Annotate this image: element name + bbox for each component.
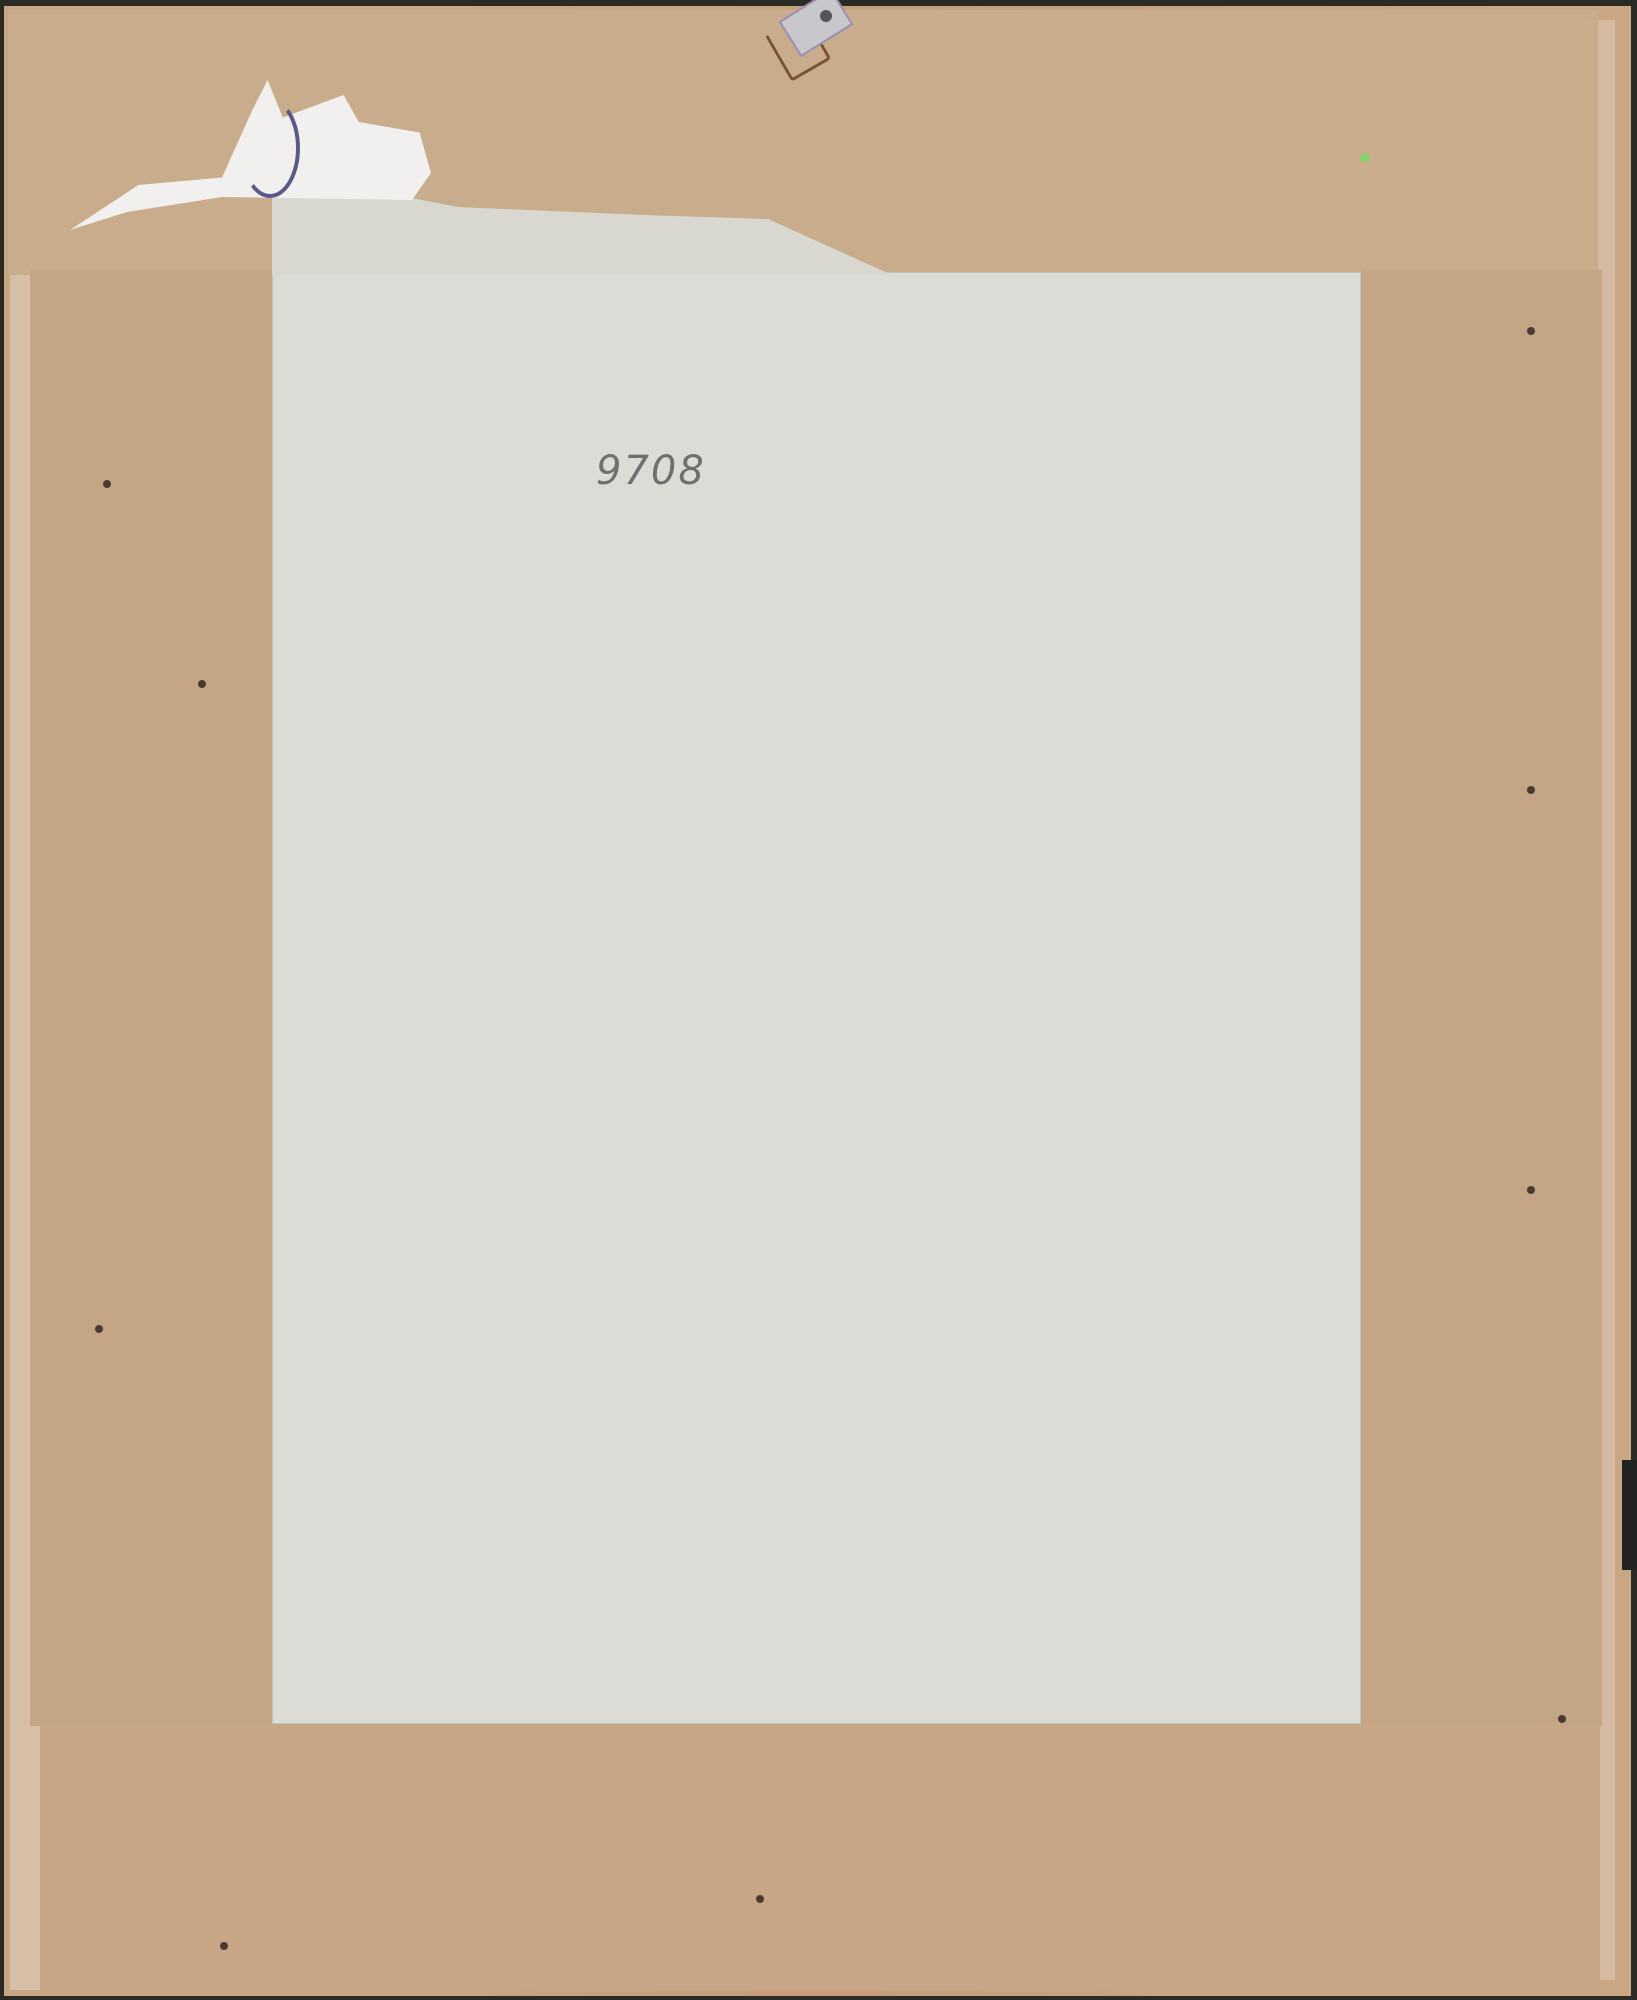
- nail-icon: [198, 680, 206, 688]
- nail-icon: [756, 1895, 764, 1903]
- kraft-tape-left: [30, 270, 272, 1726]
- nail-icon: [1527, 786, 1535, 794]
- nail-icon: [1527, 327, 1535, 335]
- kraft-tape-right: [1362, 270, 1602, 1726]
- nail-icon: [1527, 1186, 1535, 1194]
- nail-icon: [220, 1942, 228, 1950]
- picture-frame-back: 9708: [0, 0, 1637, 2000]
- nail-icon: [95, 1325, 103, 1333]
- green-speck: [1360, 154, 1370, 162]
- grey-cardboard-panel: [272, 272, 1361, 1724]
- kraft-tape-bottom: [40, 1724, 1600, 1990]
- nail-icon: [1558, 1715, 1566, 1723]
- nail-icon: [103, 480, 111, 488]
- frame-edge-exposed: [1622, 1460, 1637, 1570]
- ink-circle-mark: [240, 98, 300, 198]
- inventory-number: 9708: [596, 448, 706, 494]
- screw-icon: [820, 10, 832, 22]
